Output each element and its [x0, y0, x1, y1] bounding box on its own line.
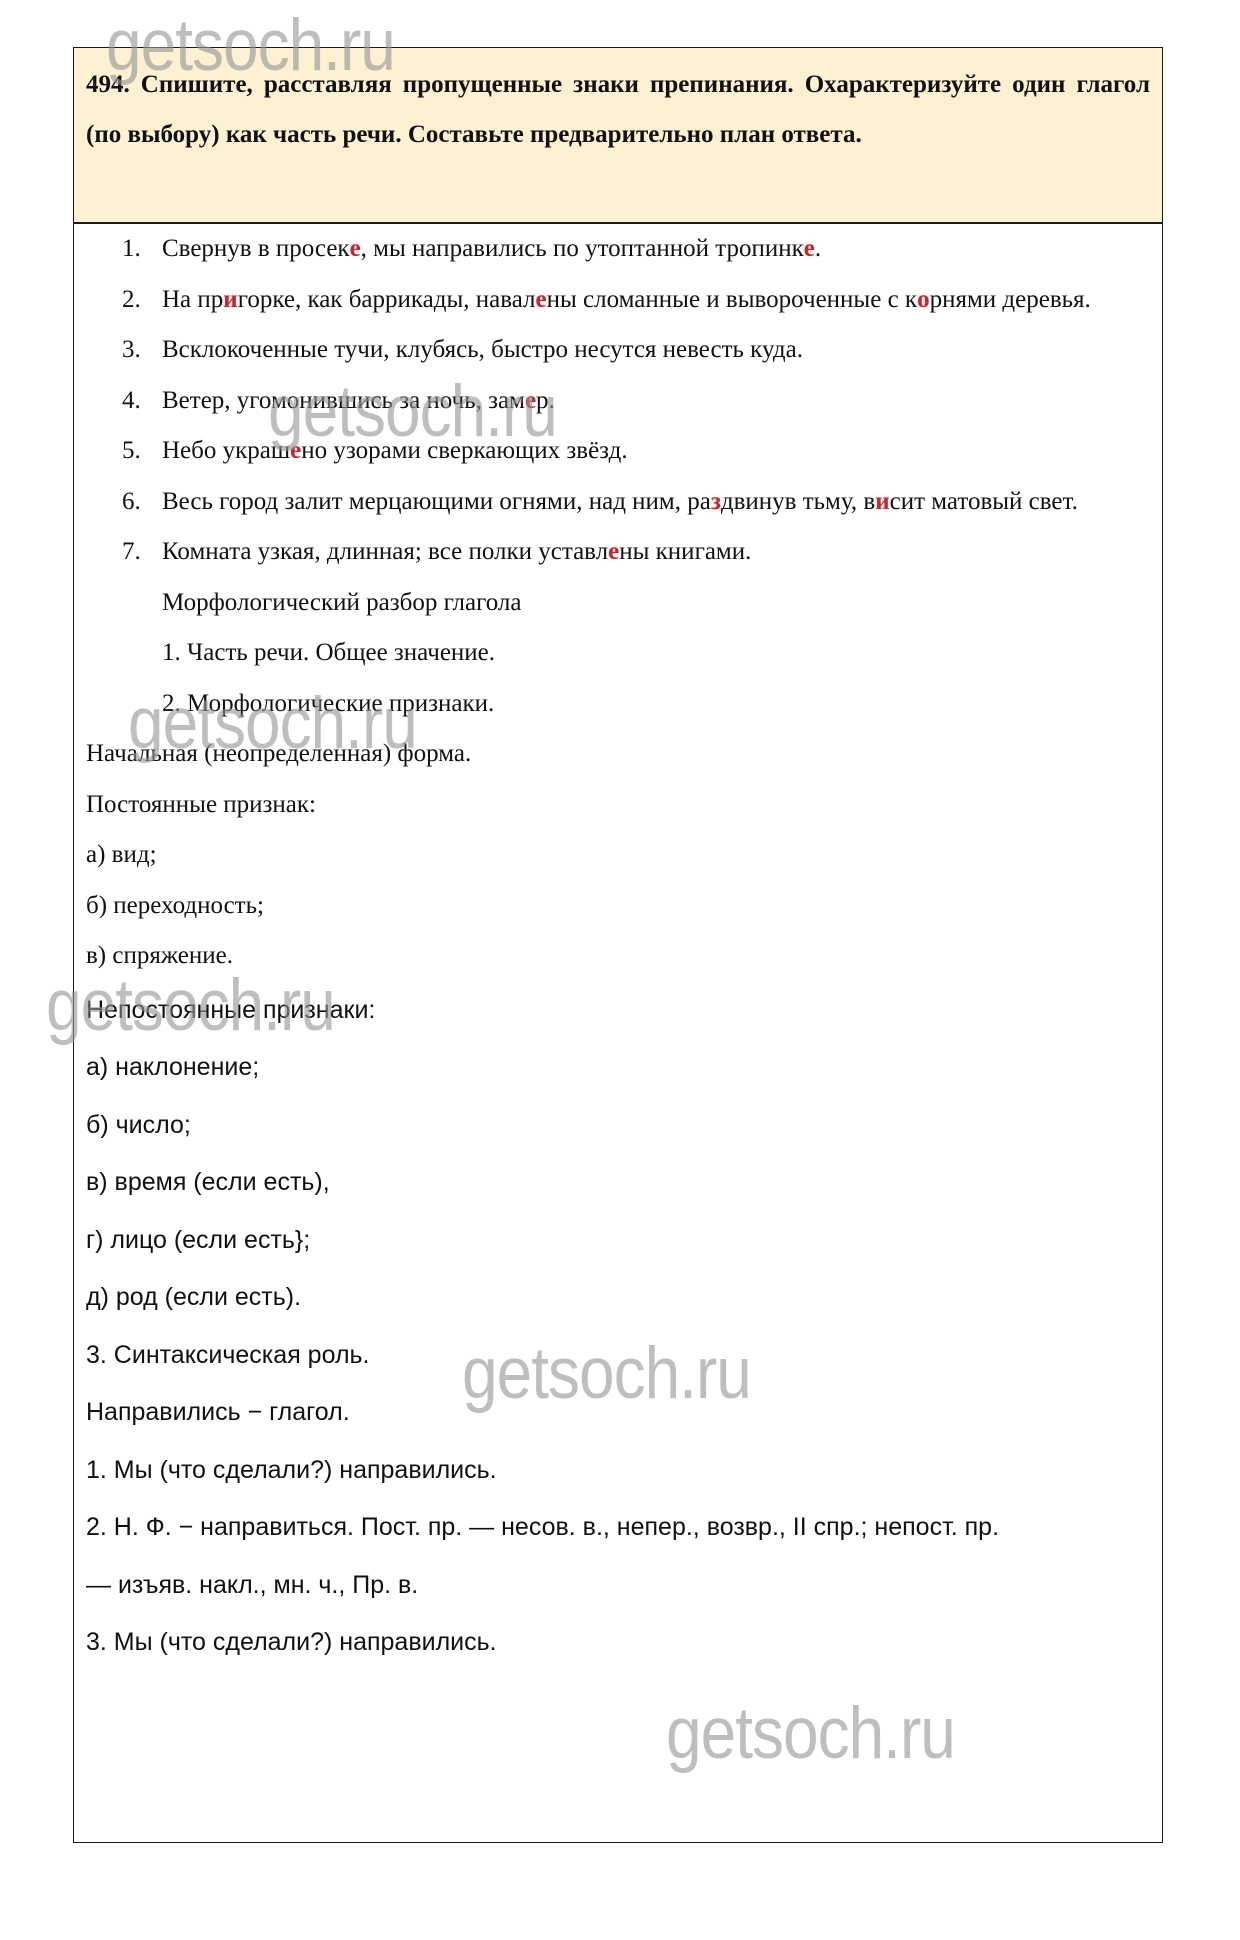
text-line: б) число;: [86, 1097, 1150, 1155]
plan-item: 1. Часть речи. Общее значение.: [86, 628, 1150, 679]
text-line: — изъяв. накл., мн. ч., Пр. в.: [86, 1557, 1150, 1615]
text-segment: Всклокоченные тучи, клубясь, быстро несу…: [162, 336, 803, 363]
inserted-letter: е: [525, 387, 536, 414]
text-line: в) спряжение.: [86, 931, 1150, 982]
text-segment: но узорами сверкающих звёзд.: [301, 437, 627, 464]
text-segment: На пр: [162, 286, 223, 313]
text-segment: Ветер, угомонившись за ночь, зам: [162, 387, 525, 414]
text-segment: двинув тьму, в: [721, 488, 875, 515]
text-segment: Свернув в просек: [162, 235, 350, 262]
list-number: 7.: [86, 527, 162, 578]
list-item: 7.Комната узкая, длинная; все полки уста…: [86, 527, 1150, 578]
inserted-letter: е: [608, 538, 619, 565]
text-segment: , мы направились по утоптанной тропинк: [361, 235, 804, 262]
list-item: 1.Свернув в просеке, мы направились по у…: [86, 224, 1150, 275]
text-segment: сит матовый свет.: [890, 488, 1078, 515]
inserted-letter: е: [290, 437, 301, 464]
sentence-text: На пригорке, как баррикады, навалены сло…: [162, 275, 1150, 326]
inserted-letter: е: [350, 235, 361, 262]
text-line: д) род (если есть).: [86, 1269, 1150, 1327]
inserted-letter: и: [223, 286, 237, 313]
plan-item: 2. Морфологические признаки.: [86, 679, 1150, 730]
text-segment: р.: [536, 387, 555, 414]
inserted-letter: и: [875, 488, 889, 515]
exercise-box: 494. Спишите, расставляя пропущенные зна…: [73, 47, 1163, 1843]
inserted-letter: о: [917, 286, 930, 313]
text-line: 3. Мы (что сделали?) направились.: [86, 1614, 1150, 1672]
inserted-letter: е: [804, 235, 815, 262]
text-line: 2. Н. Ф. − направиться. Пост. пр. — несо…: [86, 1499, 1150, 1557]
sentence-text: Комната узкая, длинная; все полки уставл…: [162, 527, 1150, 578]
list-number: 4.: [86, 376, 162, 427]
list-number: 3.: [86, 325, 162, 376]
text-segment: Небо украш: [162, 437, 290, 464]
text-segment: .: [815, 235, 821, 262]
text-line: 3. Синтаксическая роль.: [86, 1327, 1150, 1385]
sentence-text: Весь город залит мерцающими огнями, над …: [162, 477, 1150, 528]
text-line: г) лицо (если есть};: [86, 1212, 1150, 1270]
list-item: 4.Ветер, угомонившись за ночь, замер.: [86, 376, 1150, 427]
plan-title: Морфологический разбор глагола: [86, 578, 1150, 629]
sentence-list: 1.Свернув в просеке, мы направились по у…: [86, 224, 1150, 578]
text-segment: ны сломанные и вывороченные с к: [547, 286, 917, 313]
text-line: б) переходность;: [86, 881, 1150, 932]
list-number: 1.: [86, 224, 162, 275]
text-line: Направились − глагол.: [86, 1384, 1150, 1442]
inserted-letter: е: [536, 286, 547, 313]
list-item: 3.Всклокоченные тучи, клубясь, быстро не…: [86, 325, 1150, 376]
sentence-text: Ветер, угомонившись за ночь, замер.: [162, 376, 1150, 427]
task-text: 494. Спишите, расставляя пропущенные зна…: [86, 60, 1150, 160]
inserted-letter: з: [711, 488, 721, 515]
text-segment: горке, как баррикады, навал: [238, 286, 536, 313]
text-line: Постоянные признак:: [86, 780, 1150, 831]
constant-features: Начальная (неопределенная) форма.Постоян…: [86, 729, 1150, 982]
text-line: 1. Мы (что сделали?) направились.: [86, 1442, 1150, 1500]
text-line: а) вид;: [86, 830, 1150, 881]
text-line: Непостоянные признаки:: [86, 982, 1150, 1040]
text-line: в) время (если есть),: [86, 1154, 1150, 1212]
answer-content: 1.Свернув в просеке, мы направились по у…: [74, 224, 1162, 1672]
text-segment: ны книгами.: [619, 538, 751, 565]
sentence-text: Небо украшено узорами сверкающих звёзд.: [162, 426, 1150, 477]
text-line: а) наклонение;: [86, 1039, 1150, 1097]
analysis-lines: Непостоянные признаки:а) наклонение;б) ч…: [86, 982, 1150, 1672]
sentence-text: Свернув в просеке, мы направились по уто…: [162, 224, 1150, 275]
text-line: Начальная (неопределенная) форма.: [86, 729, 1150, 780]
text-segment: рнями деревья.: [930, 286, 1091, 313]
list-item: 6.Весь город залит мерцающими огнями, на…: [86, 477, 1150, 528]
list-number: 6.: [86, 477, 162, 528]
text-segment: Весь город залит мерцающими огнями, над …: [162, 488, 711, 515]
sentence-text: Всклокоченные тучи, клубясь, быстро несу…: [162, 325, 1150, 376]
text-segment: Комната узкая, длинная; все полки уставл: [162, 538, 608, 565]
list-item: 2.На пригорке, как баррикады, навалены с…: [86, 275, 1150, 326]
list-number: 2.: [86, 275, 162, 326]
list-item: 5.Небо украшено узорами сверкающих звёзд…: [86, 426, 1150, 477]
task-header: 494. Спишите, расставляя пропущенные зна…: [74, 48, 1162, 224]
list-number: 5.: [86, 426, 162, 477]
